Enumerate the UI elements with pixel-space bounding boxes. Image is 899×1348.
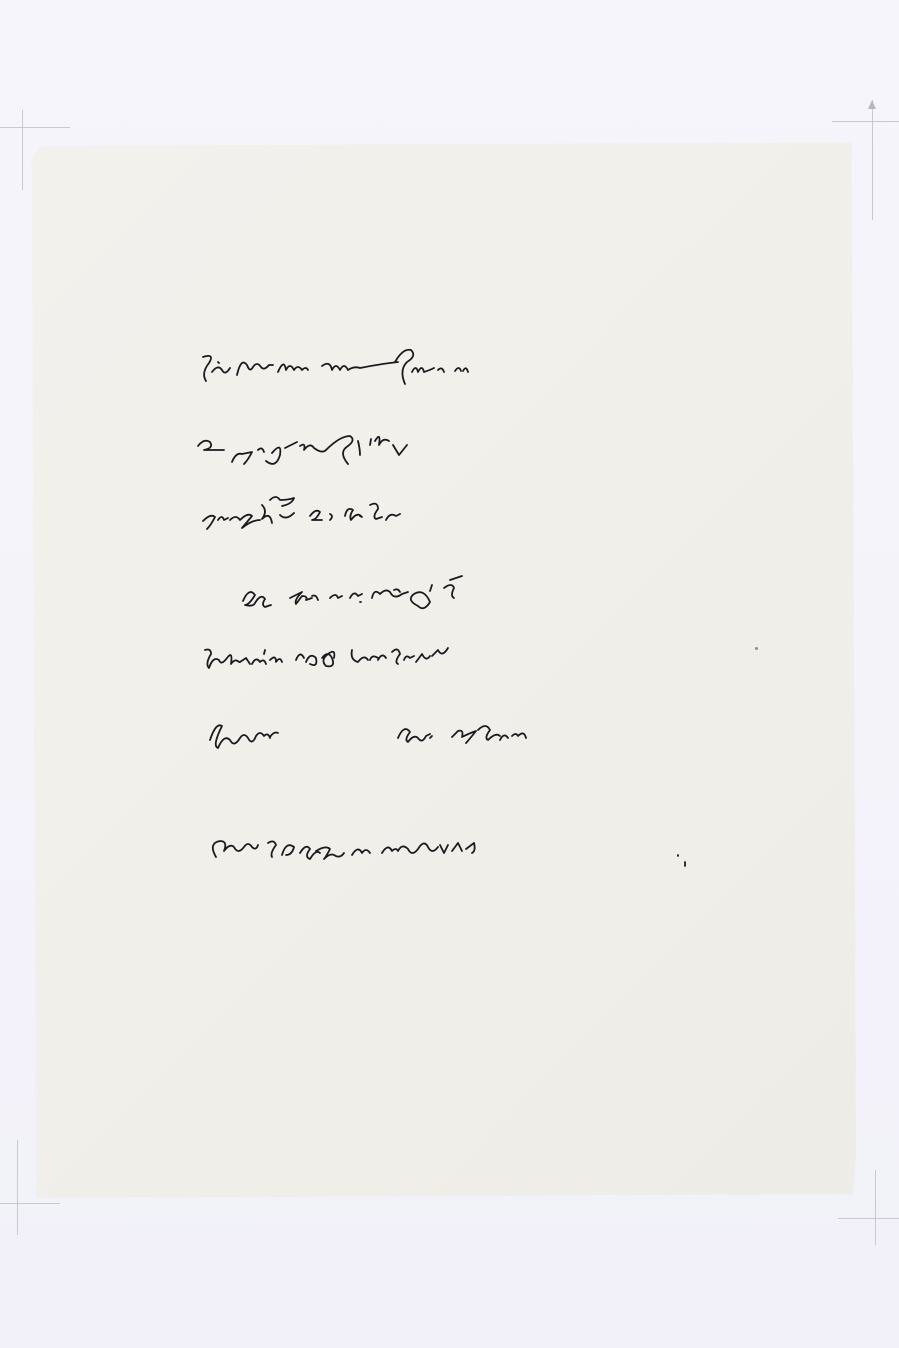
script-line-1	[203, 350, 468, 384]
script-line-3	[203, 497, 400, 529]
script-line-2	[198, 436, 407, 464]
script-line-7	[213, 841, 685, 866]
script-line-5	[205, 648, 448, 668]
script-line-4	[243, 576, 462, 608]
handwritten-script	[0, 0, 899, 1348]
script-line-6	[210, 725, 526, 748]
